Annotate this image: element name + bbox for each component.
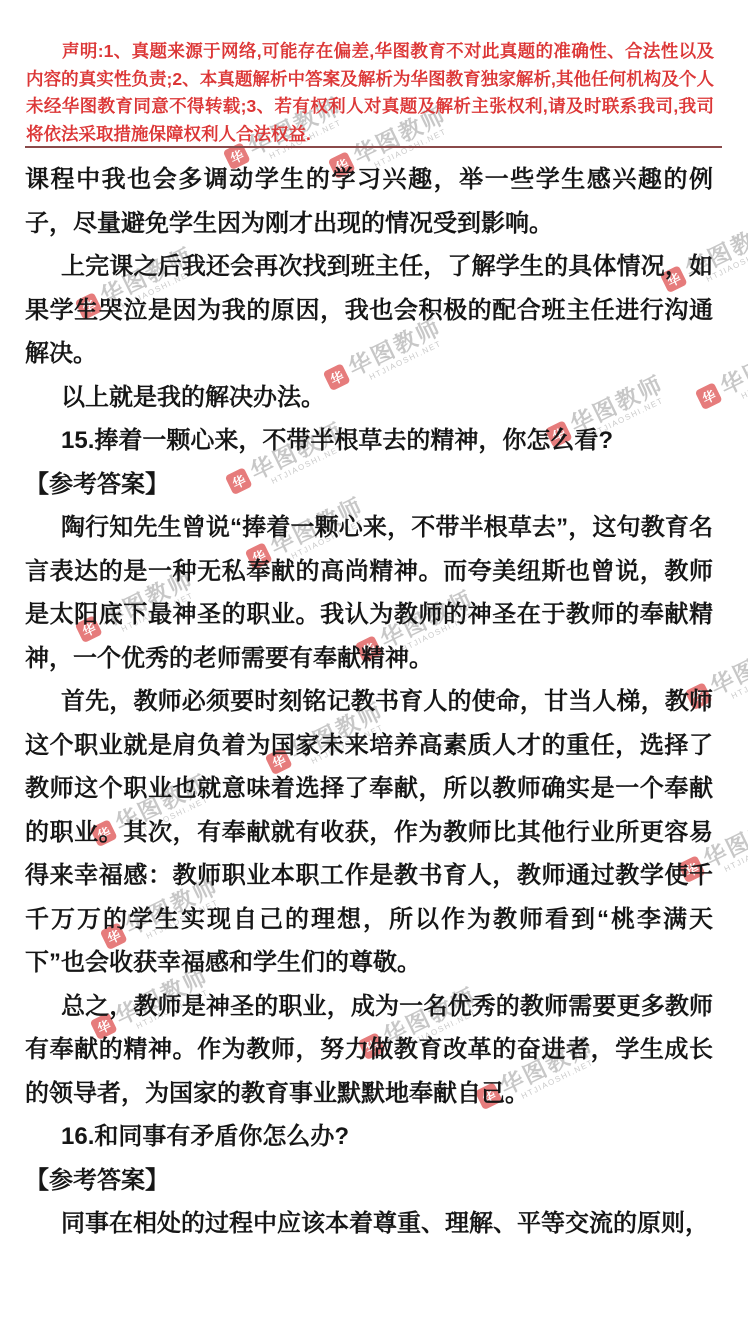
answer-label: 【参考答案】 [25, 463, 713, 507]
body-paragraph: 首先，教师必须要时刻铭记教书育人的使命，甘当人梯，教师这个职业就是肩负着为国家未… [25, 680, 713, 985]
watermark-sub-text: HTJIAOSHI.NET [727, 355, 748, 407]
body-paragraph: 陶行知先生曾说“捧着一颗心来，不带半根草去”，这句教育名言表达的是一种无私奉献的… [25, 506, 713, 680]
disclaimer-divider [25, 146, 722, 148]
watermark-sub-text: HTJIAOSHI.NET [710, 828, 748, 880]
document-body: 课程中我也会多调动学生的学习兴趣，举一些学生感兴趣的例子，尽量避免学生因为刚才出… [25, 158, 713, 1246]
question-heading: 15.捧着一颗心来，不带半根草去的精神，你怎么看? [25, 419, 713, 463]
body-paragraph: 同事在相处的过程中应该本着尊重、理解、平等交流的原则， [25, 1202, 713, 1246]
watermark-sub-text: HTJIAOSHI.NET [717, 655, 748, 707]
disclaimer: 声明:1、真题来源于网络,可能存在偏差,华图教育不对此真题的准确性、合法性以及内… [26, 38, 714, 148]
body-paragraph: 总之，教师是神圣的职业，成为一名优秀的教师需要更多教师有奉献的精神。作为教师，努… [25, 985, 713, 1116]
document-page: 华华图教师HTJIAOSHI.NET华华图教师HTJIAOSHI.NET华华图教… [0, 0, 748, 1335]
body-paragraph: 上完课之后我还会再次找到班主任，了解学生的具体情况，如果学生哭泣是因为我的原因，… [25, 245, 713, 376]
watermark-text: 华图教师HTJIAOSHI.NET [714, 328, 748, 407]
body-paragraph: 以上就是我的解决办法。 [25, 376, 713, 420]
disclaimer-text: 1、真题来源于网络,可能存在偏差,华图教育不对此真题的准确性、合法性以及内容的真… [26, 41, 714, 144]
watermark-brand-text: 华图教师 [714, 328, 748, 401]
disclaimer-label: 声明: [62, 41, 104, 61]
question-heading: 16.和同事有矛盾你怎么办? [25, 1115, 713, 1159]
body-paragraph: 课程中我也会多调动学生的学习兴趣，举一些学生感兴趣的例子，尽量避免学生因为刚才出… [25, 158, 713, 245]
answer-label: 【参考答案】 [25, 1159, 713, 1203]
